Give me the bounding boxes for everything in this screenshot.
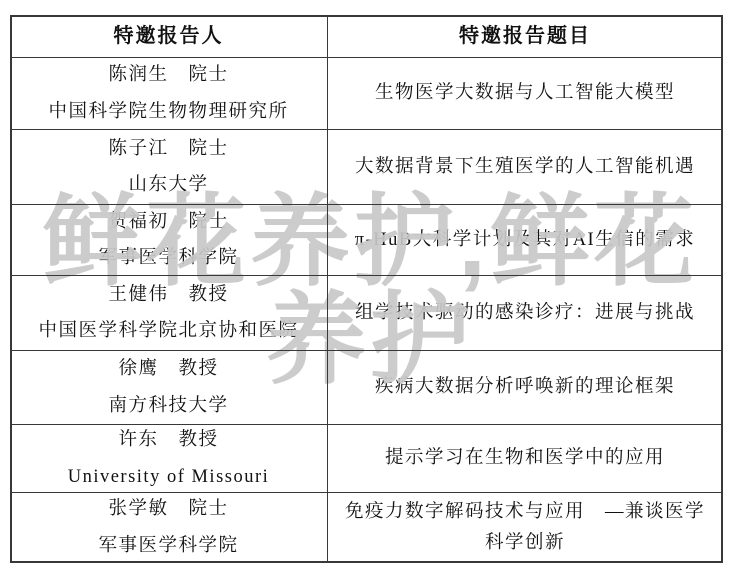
table-row-speaker: 徐鹰 教授 南方科技大学 <box>10 351 327 425</box>
report-title-line: 提示学习在生物和医学中的应用 <box>385 447 665 470</box>
header-speaker-label: 特邀报告人 <box>114 24 224 49</box>
speaker-table-page: 特邀报告人 特邀报告题目 陈润生 院士 中国科学院生物物理研究所 生物医学大数据… <box>0 0 740 577</box>
speaker-affiliation: University of Missouri <box>68 466 270 489</box>
report-title-line: 免疫力数字解码技术与应用 —兼谈医学 <box>345 501 705 524</box>
speaker-table: 特邀报告人 特邀报告题目 陈润生 院士 中国科学院生物物理研究所 生物医学大数据… <box>10 15 723 563</box>
speaker-name: 贺福初 院士 <box>108 211 228 234</box>
speaker-affiliation: 中国科学院生物物理研究所 <box>48 101 288 124</box>
speaker-affiliation: 中国医学科学院北京协和医院 <box>38 320 298 343</box>
speaker-name: 陈子江 院士 <box>108 138 228 161</box>
header-title-label: 特邀报告题目 <box>459 24 591 49</box>
report-title-line: 生物医学大数据与人工智能大模型 <box>375 82 675 105</box>
table-row-title: 组学技术驱动的感染诊疗：进展与挑战 <box>327 276 723 351</box>
header-title-cell: 特邀报告题目 <box>327 15 723 58</box>
speaker-name: 许东 教授 <box>118 429 218 452</box>
speaker-affiliation: 军事医学科学院 <box>98 247 238 270</box>
table-row-speaker: 陈润生 院士 中国科学院生物物理研究所 <box>10 58 327 130</box>
speaker-name: 张学敏 院士 <box>108 498 228 521</box>
table-row-speaker: 王健伟 教授 中国医学科学院北京协和医院 <box>10 276 327 351</box>
table-row-speaker: 张学敏 院士 军事医学科学院 <box>10 493 327 563</box>
speaker-affiliation: 军事医学科学院 <box>98 535 238 558</box>
table-row-title: 提示学习在生物和医学中的应用 <box>327 425 723 493</box>
header-speaker-cell: 特邀报告人 <box>10 15 327 58</box>
table-row-speaker: 陈子江 院士 山东大学 <box>10 130 327 205</box>
table-row-title: π-HuB大科学计划及其对AI生信的需求 <box>327 205 723 276</box>
table-row-speaker: 贺福初 院士 军事医学科学院 <box>10 205 327 276</box>
report-title-line: 科学创新 <box>485 532 565 555</box>
table-row-title: 生物医学大数据与人工智能大模型 <box>327 58 723 130</box>
report-title-line: π-HuB大科学计划及其对AI生信的需求 <box>355 229 695 252</box>
speaker-name: 王健伟 教授 <box>108 284 228 307</box>
table-row-speaker: 许东 教授 University of Missouri <box>10 425 327 493</box>
report-title-line: 疾病大数据分析呼唤新的理论框架 <box>375 376 675 399</box>
table-row-title: 免疫力数字解码技术与应用 —兼谈医学 科学创新 <box>327 493 723 563</box>
report-title-line: 组学技术驱动的感染诊疗：进展与挑战 <box>355 302 695 325</box>
table-row-title: 疾病大数据分析呼唤新的理论框架 <box>327 351 723 425</box>
speaker-affiliation: 南方科技大学 <box>108 395 228 418</box>
speaker-name: 徐鹰 教授 <box>118 358 218 381</box>
report-title-line: 大数据背景下生殖医学的人工智能机遇 <box>355 156 695 179</box>
speaker-affiliation: 山东大学 <box>128 174 208 197</box>
table-row-title: 大数据背景下生殖医学的人工智能机遇 <box>327 130 723 205</box>
speaker-name: 陈润生 院士 <box>108 64 228 87</box>
